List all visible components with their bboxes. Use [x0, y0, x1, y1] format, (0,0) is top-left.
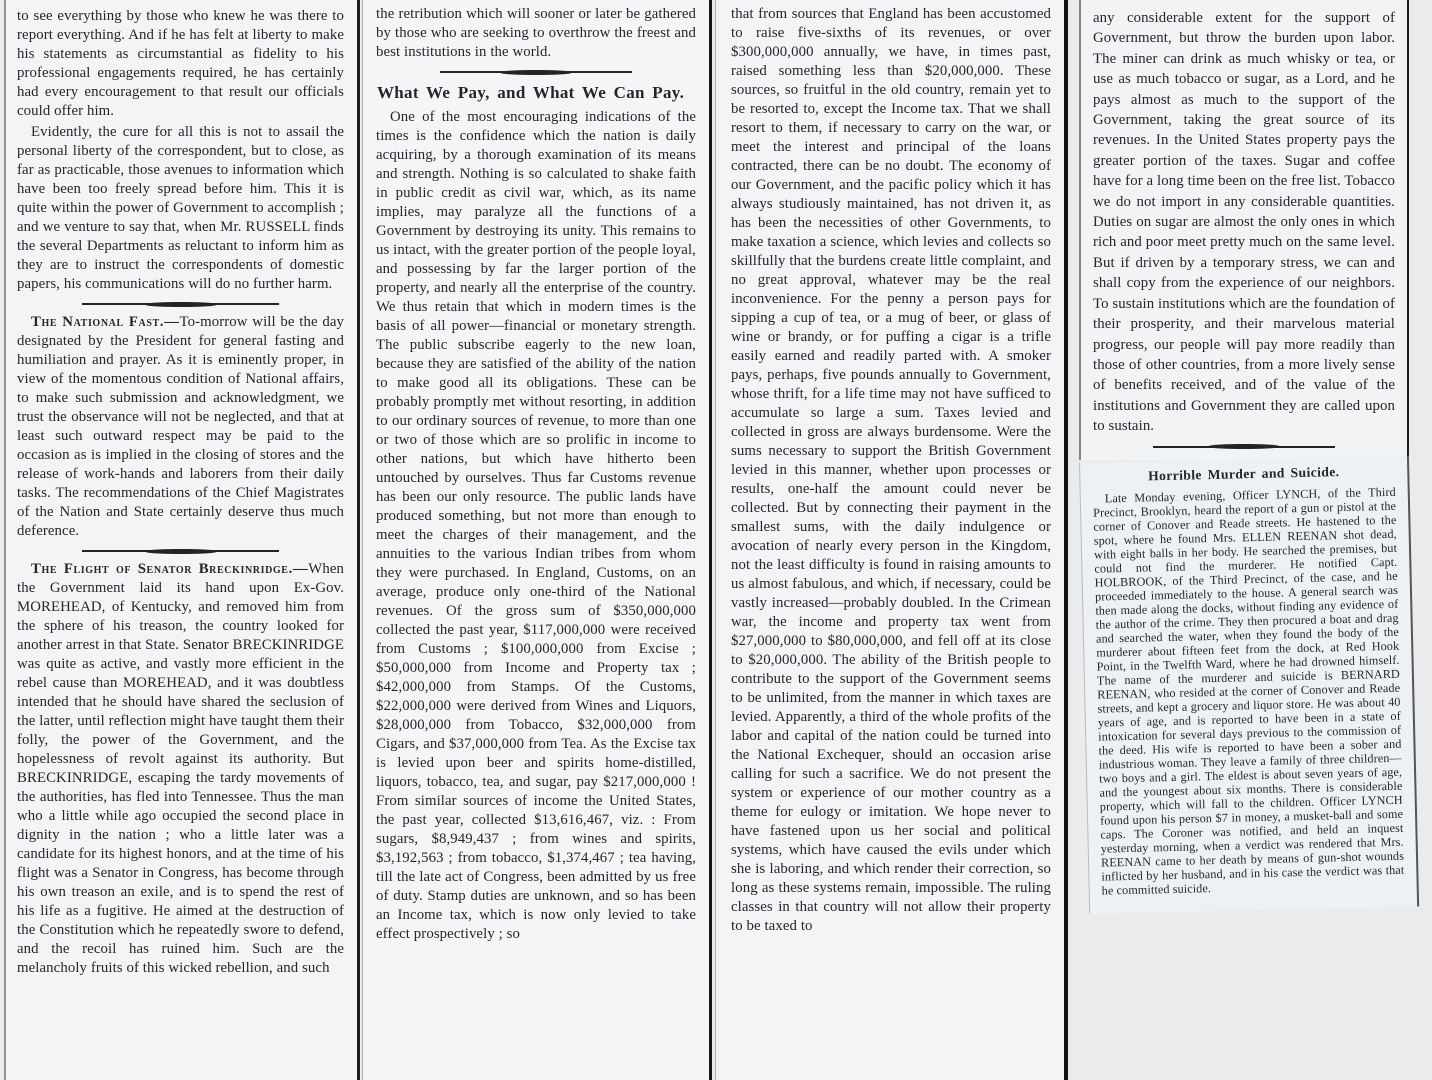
column-2: the retribution which will sooner or lat… [362, 0, 712, 1080]
article-text: When the Government laid its hand upon E… [17, 561, 344, 976]
newspaper-page: to see everything by those who knew he w… [0, 0, 1432, 1080]
article-murder-suicide: Late Monday evening, Officer LYNCH, of t… [1093, 484, 1405, 897]
article-breckinridge: The Flight of Senator Breckinridge.—When… [17, 560, 344, 978]
headline-horrible-murder: Horrible Murder and Suicide. [1092, 463, 1395, 484]
article-what-we-pay-end: any considerable extent for the support … [1093, 8, 1395, 437]
article-what-we-pay-continued: that from sources that England has been … [731, 5, 1051, 936]
article-heading: The Flight of Senator Breckinridge.— [31, 561, 308, 577]
article-heading: The National Fast.— [31, 314, 180, 330]
paragraph: Evidently, the cure for all this is not … [17, 123, 344, 294]
column-4: any considerable extent for the support … [1079, 0, 1409, 1080]
section-divider [82, 550, 278, 552]
paragraph-continuation: to see everything by those who knew he w… [17, 7, 344, 121]
column-1: to see everything by those who knew he w… [4, 0, 360, 1080]
column-3: that from sources that England has been … [715, 0, 1068, 1080]
clipping-murder-article: Horrible Murder and Suicide. Late Monday… [1079, 455, 1419, 913]
paragraph-continuation: the retribution which will sooner or lat… [376, 5, 696, 62]
clipping-what-we-pay-end: any considerable extent for the support … [1079, 0, 1409, 460]
article-text: To-morrow will be the day designated by … [17, 314, 344, 539]
section-divider [1153, 446, 1334, 448]
section-divider [440, 71, 632, 73]
section-divider [82, 303, 278, 305]
headline-what-we-pay: What We Pay, and What We Can Pay. [377, 83, 696, 102]
article-national-fast: The National Fast.—To-morrow will be the… [17, 313, 344, 541]
article-what-we-pay: One of the most encouraging indications … [376, 108, 696, 944]
